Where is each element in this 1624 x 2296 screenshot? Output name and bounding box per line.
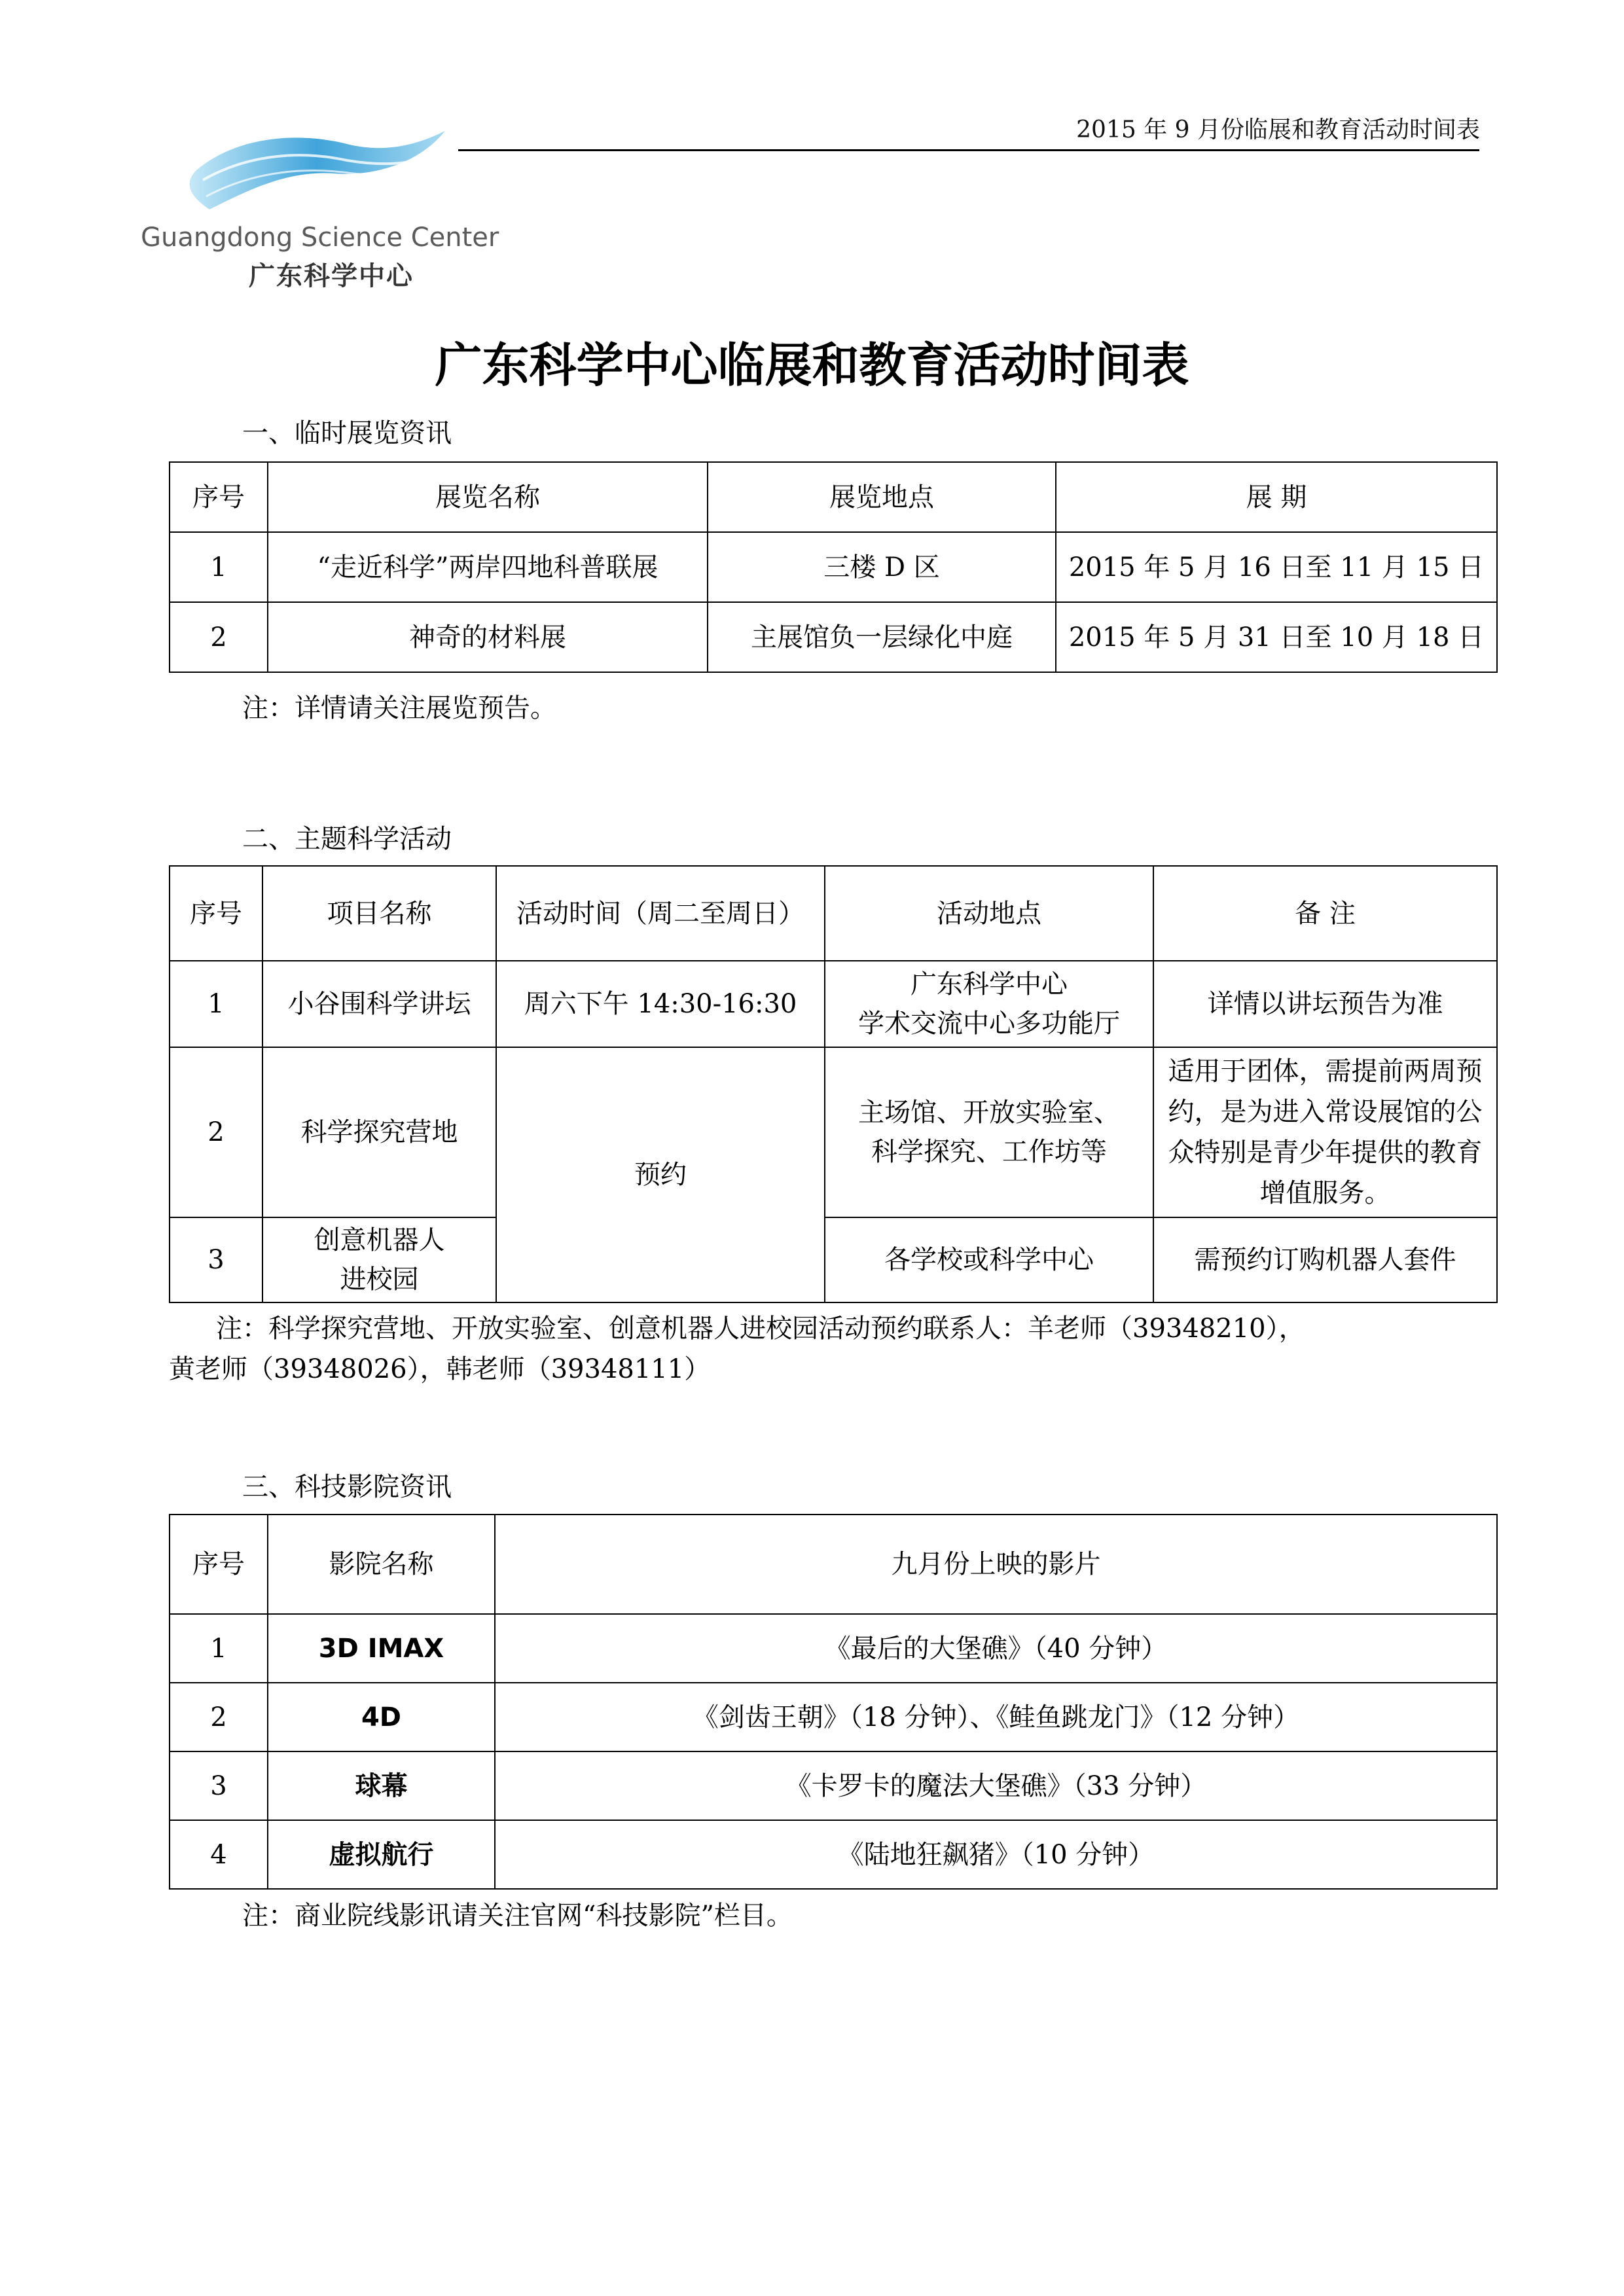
running-header: 2015 年 9 月份临展和教育活动时间表 — [1076, 111, 1480, 145]
cell-no: 1 — [170, 961, 262, 1047]
section3-note: 注：商业院线影讯请关注官网“科技影院”栏目。 — [242, 1895, 793, 1937]
cell-location: 主场馆、开放实验室、 科学探究、工作坊等 — [825, 1047, 1153, 1217]
exhibitions-table: 序号 展览名称 展览地点 展 期 1 “走近科学”两岸四地科普联展 三楼 D 区… — [169, 461, 1498, 673]
name-line: 创意机器人 — [270, 1221, 489, 1260]
cell-films: 《卡罗卡的魔法大堡礁》（33 分钟） — [495, 1751, 1497, 1820]
section1-heading: 一、临时展览资讯 — [242, 412, 452, 450]
col-header: 序号 — [170, 462, 268, 532]
cell-remark: 详情以讲坛预告为准 — [1153, 961, 1497, 1047]
section3-heading: 三、科技影院资讯 — [242, 1466, 452, 1503]
table-row: 3 创意机器人 进校园 各学校或科学中心 需预约订购机器人套件 — [170, 1217, 1497, 1302]
cell-name: 科学探究营地 — [262, 1047, 496, 1217]
col-header: 影院名称 — [268, 1515, 495, 1614]
col-header: 展览名称 — [268, 462, 708, 532]
cell-no: 1 — [170, 1614, 268, 1683]
table-header-row: 序号 项目名称 活动时间（周二至周日） 活动地点 备 注 — [170, 866, 1497, 961]
table-row: 3 球幕 《卡罗卡的魔法大堡礁》（33 分钟） — [170, 1751, 1497, 1820]
col-header: 活动地点 — [825, 866, 1153, 961]
cell-films: 《最后的大堡礁》（40 分钟） — [495, 1614, 1497, 1683]
cinema-table: 序号 影院名称 九月份上映的影片 1 3D IMAX 《最后的大堡礁》（40 分… — [169, 1514, 1498, 1890]
col-header: 展 期 — [1056, 462, 1497, 532]
cell-period: 2015 年 5 月 16 日至 11 月 15 日 — [1056, 532, 1497, 602]
activities-table: 序号 项目名称 活动时间（周二至周日） 活动地点 备 注 1 小谷围科学讲坛 周… — [169, 865, 1498, 1303]
table-row: 4 虚拟航行 《陆地狂飙猪》（10 分钟） — [170, 1820, 1497, 1889]
col-header: 序号 — [170, 1515, 268, 1614]
location-line: 学术交流中心多功能厅 — [832, 1004, 1146, 1043]
table-row: 2 4D 《剑齿王朝》（18 分钟）、《鲑鱼跳龙门》（12 分钟） — [170, 1683, 1497, 1751]
table-row: 1 3D IMAX 《最后的大堡礁》（40 分钟） — [170, 1614, 1497, 1683]
cell-no: 3 — [170, 1217, 262, 1302]
document-title: 广东科学中心临展和教育活动时间表 — [0, 327, 1624, 395]
table-row: 1 “走近科学”两岸四地科普联展 三楼 D 区 2015 年 5 月 16 日至… — [170, 532, 1497, 602]
cell-cinema: 虚拟航行 — [268, 1820, 495, 1889]
section2-note-line2: 黄老师（39348026），韩老师（39348111） — [169, 1348, 710, 1390]
col-header: 活动时间（周二至周日） — [496, 866, 825, 961]
table-header-row: 序号 影院名称 九月份上映的影片 — [170, 1515, 1497, 1614]
section1-note: 注：详情请关注展览预告。 — [242, 687, 556, 729]
cell-no: 2 — [170, 602, 268, 672]
cell-name: 神奇的材料展 — [268, 602, 708, 672]
cell-location: 三楼 D 区 — [708, 532, 1056, 602]
cell-location: 广东科学中心 学术交流中心多功能厅 — [825, 961, 1153, 1047]
location-line: 主场馆、开放实验室、 — [832, 1093, 1146, 1132]
table-row: 2 科学探究营地 预约 主场馆、开放实验室、 科学探究、工作坊等 适用于团体，需… — [170, 1047, 1497, 1217]
cell-remark: 需预约订购机器人套件 — [1153, 1217, 1497, 1302]
cell-time: 周六下午 14:30-16:30 — [496, 961, 825, 1047]
col-header: 项目名称 — [262, 866, 496, 961]
col-header: 九月份上映的影片 — [495, 1515, 1497, 1614]
table-row: 2 神奇的材料展 主展馆负一层绿化中庭 2015 年 5 月 31 日至 10 … — [170, 602, 1497, 672]
cell-no: 2 — [170, 1683, 268, 1751]
cell-location: 各学校或科学中心 — [825, 1217, 1153, 1302]
location-line: 科学探究、工作坊等 — [832, 1132, 1146, 1172]
name-line: 进校园 — [270, 1260, 489, 1299]
section2-heading: 二、主题科学活动 — [242, 818, 452, 855]
logo-name-cn: 广东科学中心 — [249, 255, 414, 293]
cell-period: 2015 年 5 月 31 日至 10 月 18 日 — [1056, 602, 1497, 672]
section2-note-line1: 注：科学探究营地、开放实验室、创意机器人进校园活动预约联系人：羊老师（39348… — [216, 1308, 1305, 1350]
location-line: 广东科学中心 — [832, 965, 1146, 1004]
col-header: 备 注 — [1153, 866, 1497, 961]
cell-time: 预约 — [496, 1047, 825, 1302]
cell-name: 创意机器人 进校园 — [262, 1217, 496, 1302]
cell-cinema: 4D — [268, 1683, 495, 1751]
cell-films: 《剑齿王朝》（18 分钟）、《鲑鱼跳龙门》（12 分钟） — [495, 1683, 1497, 1751]
cell-no: 3 — [170, 1751, 268, 1820]
cell-no: 2 — [170, 1047, 262, 1217]
col-header: 展览地点 — [708, 462, 1056, 532]
cell-name: “走近科学”两岸四地科普联展 — [268, 532, 708, 602]
cell-no: 1 — [170, 532, 268, 602]
cell-name: 小谷围科学讲坛 — [262, 961, 496, 1047]
header-divider — [458, 149, 1479, 151]
cell-cinema: 3D IMAX — [268, 1614, 495, 1683]
cell-location: 主展馆负一层绿化中庭 — [708, 602, 1056, 672]
cell-remark: 适用于团体，需提前两周预约，是为进入常设展馆的公众特别是青少年提供的教育增值服务… — [1153, 1047, 1497, 1217]
cell-cinema: 球幕 — [268, 1751, 495, 1820]
col-header: 序号 — [170, 866, 262, 961]
cell-no: 4 — [170, 1820, 268, 1889]
table-header-row: 序号 展览名称 展览地点 展 期 — [170, 462, 1497, 532]
cell-films: 《陆地狂飙猪》（10 分钟） — [495, 1820, 1497, 1889]
logo-name-en: Guangdong Science Center — [141, 223, 499, 253]
table-row: 1 小谷围科学讲坛 周六下午 14:30-16:30 广东科学中心 学术交流中心… — [170, 961, 1497, 1047]
